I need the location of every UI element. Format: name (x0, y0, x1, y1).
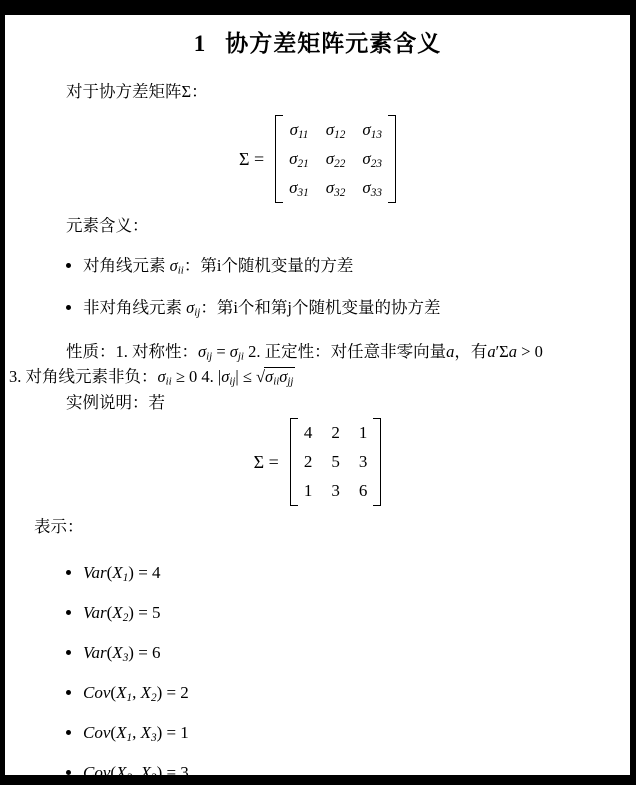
matrix-bracket-right (388, 115, 396, 203)
matrix-cell: 3 (331, 480, 340, 502)
matrix-lhs: Σ = (239, 149, 264, 170)
value-item-text: Cov(X1, X2) = 2 (83, 683, 189, 702)
properties-line-2: 3. 对角线元素非负：σii ≥ 0 4. |σij| ≤ √σiiσjj (9, 364, 626, 389)
list-item: Var(X1) = 4 (83, 562, 626, 584)
matrix-bracket-right (373, 418, 381, 506)
properties-line-1: 性质：1. 对称性：σij = σji 2. 正定性：对任意非零向量a，有a′Σ… (9, 339, 626, 364)
meaning-label: 元素含义： (9, 215, 626, 237)
matrix-cell: 5 (331, 451, 340, 473)
matrix-grid: 4 2 1 2 5 3 1 3 6 (298, 418, 374, 506)
properties-paragraph: 性质：1. 对称性：σij = σji 2. 正定性：对任意非零向量a，有a′Σ… (9, 339, 626, 389)
matrix-cell: σ13 (362, 119, 382, 141)
example-label: 实例说明：若 (9, 392, 626, 414)
matrix-cell: 4 (304, 422, 313, 444)
section-title: 1协方差矩阵元素含义 (9, 28, 626, 59)
intro-paragraph: 对于协方差矩阵Σ： (9, 81, 626, 103)
matrix-lhs: Σ = (254, 452, 279, 473)
value-item-text: Cov(X2, X3) = 3 (83, 763, 189, 775)
list-item: Cov(X2, X3) = 3 (83, 762, 626, 775)
matrix-bracket-left (275, 115, 283, 203)
matrix-cell: 6 (359, 480, 368, 502)
matrix-cell: σ21 (289, 148, 309, 170)
document-page: 1协方差矩阵元素含义 对于协方差矩阵Σ： Σ = σ11 σ12 σ13 σ21… (5, 15, 630, 775)
matrix-cell: σ33 (362, 177, 382, 199)
denote-label: 表示： (9, 516, 626, 538)
list-item: 对角线元素 σii：第i个随机变量的方差 (83, 255, 626, 277)
section-title-text: 协方差矩阵元素含义 (225, 30, 441, 56)
value-item-text: Var(X2) = 5 (83, 603, 161, 622)
meaning-list: 对角线元素 σii：第i个随机变量的方差 非对角线元素 σij：第i个和第j个随… (9, 255, 626, 319)
list-item: Cov(X1, X2) = 2 (83, 682, 626, 704)
matrix-cell: σ31 (289, 177, 309, 199)
matrix-cell: 1 (359, 422, 368, 444)
symbolic-covariance-matrix-equation: Σ = σ11 σ12 σ13 σ21 σ22 σ23 σ31 σ32 σ33 (9, 115, 626, 203)
matrix-cell: σ11 (289, 119, 309, 141)
matrix-cell: 2 (304, 451, 313, 473)
matrix-cell: σ12 (326, 119, 346, 141)
list-item: Var(X3) = 6 (83, 642, 626, 664)
matrix-bracket-left (290, 418, 298, 506)
list-item: 非对角线元素 σij：第i个和第j个随机变量的协方差 (83, 297, 626, 319)
meaning-item-text: 非对角线元素 σij：第i个和第j个随机变量的协方差 (83, 298, 440, 317)
section-number: 1 (194, 31, 206, 56)
matrix-cell: 1 (304, 480, 313, 502)
matrix-cell: 2 (331, 422, 340, 444)
value-item-text: Var(X3) = 6 (83, 643, 161, 662)
value-item-text: Cov(X1, X3) = 1 (83, 723, 189, 742)
example-covariance-matrix-equation: Σ = 4 2 1 2 5 3 1 3 6 (9, 418, 626, 506)
list-item: Cov(X1, X3) = 1 (83, 722, 626, 744)
matrix-cell: σ22 (326, 148, 346, 170)
matrix-cell: 3 (359, 451, 368, 473)
matrix-cell: σ32 (326, 177, 346, 199)
matrix-cell: σ23 (362, 148, 382, 170)
matrix-grid: σ11 σ12 σ13 σ21 σ22 σ23 σ31 σ32 σ33 (283, 115, 388, 203)
values-list: Var(X1) = 4 Var(X2) = 5 Var(X3) = 6 Cov(… (9, 562, 626, 775)
meaning-item-text: 对角线元素 σii：第i个随机变量的方差 (83, 256, 353, 275)
value-item-text: Var(X1) = 4 (83, 563, 161, 582)
screenshot-root: { "colors": {"frame": "#000000", "page_b… (0, 0, 636, 785)
list-item: Var(X2) = 5 (83, 602, 626, 624)
